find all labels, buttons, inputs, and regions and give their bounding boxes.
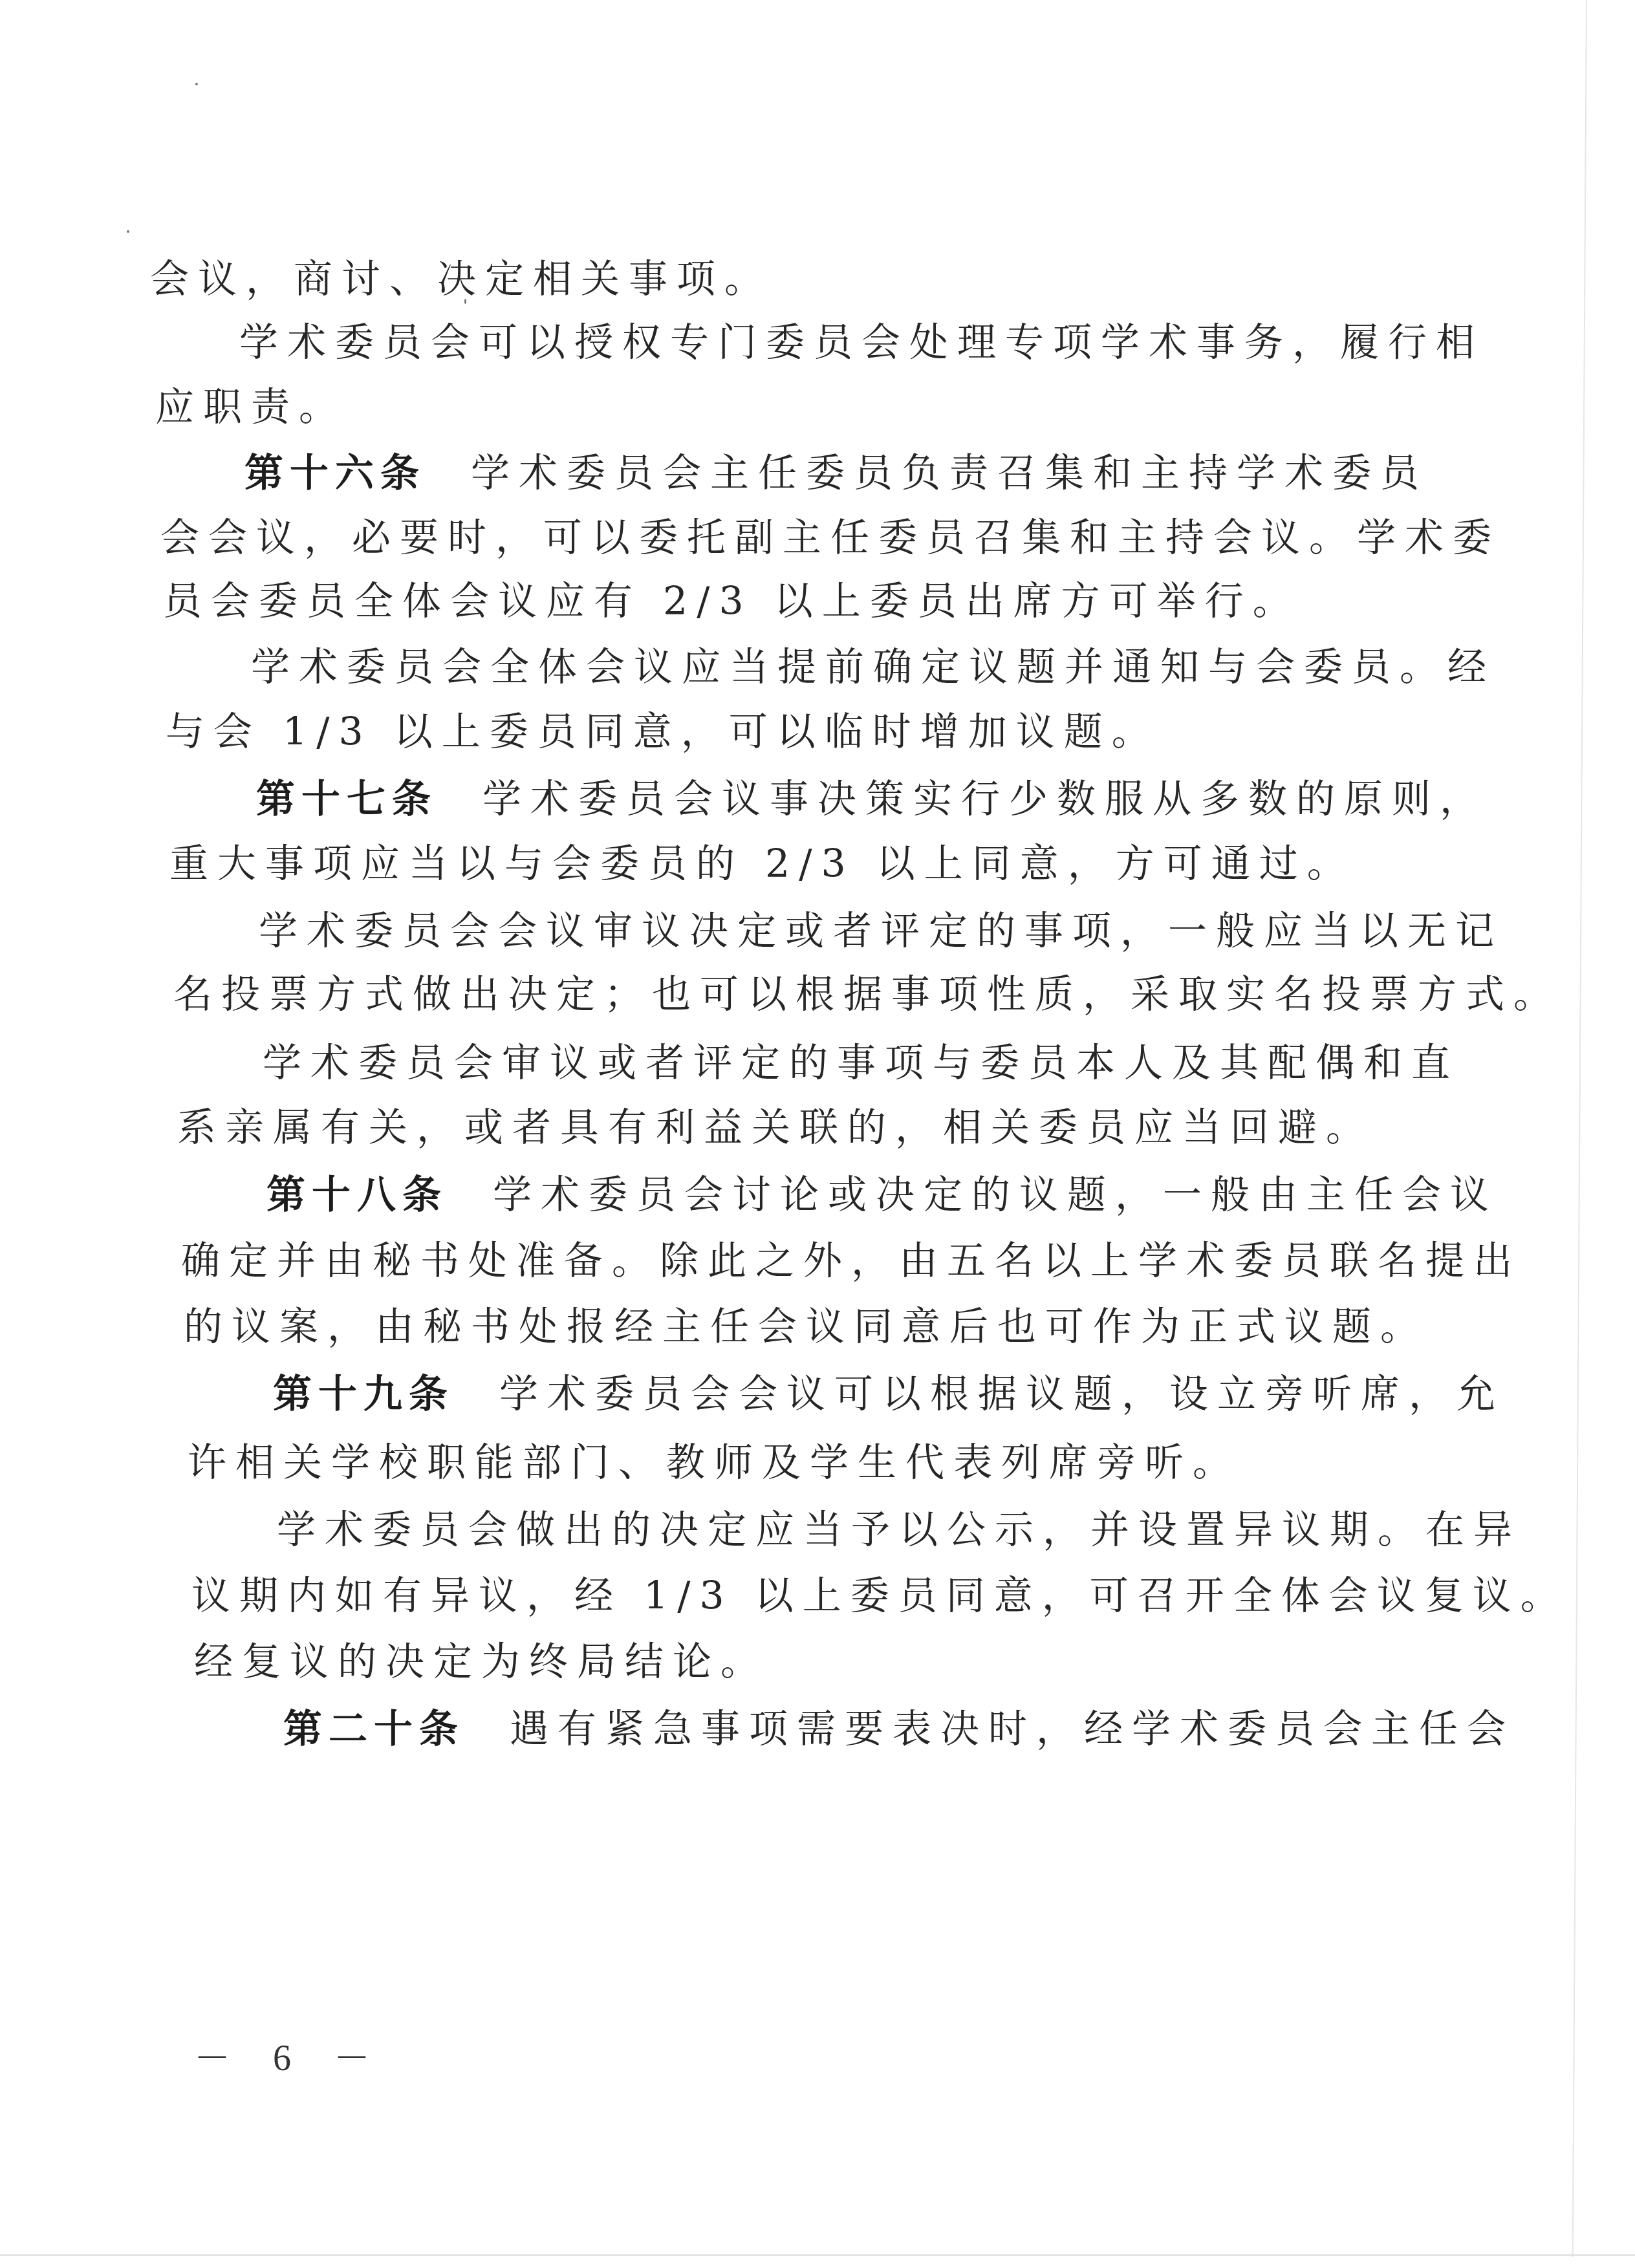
text-line: 许相关学校职能部门、教师及学生代表列席旁听。 (188, 1437, 1240, 1489)
text-line: 学术委员会会议审议决定或者评定的事项，一般应当以无记 (259, 905, 1503, 957)
text-line: 学术委员会做出的决定应当予以公示，并设置异议期。在异 (277, 1504, 1521, 1556)
text-line: 议期内如有异议，经 1/3 以上委员同意，可召开全体会议复议。 (191, 1570, 1568, 1622)
text-line: 学术委员会全体会议应当提前确定议题并通知与会委员。经 (251, 642, 1495, 693)
line-text: 重大事项应当以与会委员的 2/3 以上同意，方可通过。 (169, 841, 1355, 887)
line-text: 经复议的决定为终局结论。 (194, 1639, 768, 1685)
line-text: 名投票方式做出决定；也可以根据事项性质，采取实名投票方式。 (173, 972, 1561, 1017)
line-text: 许相关学校职能部门、教师及学生代表列席旁听。 (188, 1440, 1240, 1485)
line-text: 的议案，由秘书处报经主任会议同意后也可作为正式议题。 (184, 1304, 1428, 1350)
article-17-line: 第十七条学术委员会议事决策实行少数服从多数的原则， (256, 773, 1488, 825)
text-line: 的议案，由秘书处报经主任会议同意后也可作为正式议题。 (184, 1301, 1428, 1353)
line-text: 学术委员会审议或者评定的事项与委员本人及其配偶和直 (263, 1041, 1459, 1086)
article-heading: 第十九条 (273, 1372, 454, 1417)
line-text: 学术委员会议事决策实行少数服从多数的原则， (482, 777, 1488, 822)
text-line: 确定并由秘书处准备。除此之外，由五名以上学术委员联名提出 (181, 1235, 1521, 1287)
line-text: 系亲属有关，或者具有利益关联的，相关委员应当回避。 (177, 1105, 1374, 1150)
text-line: 会会议，必要时，可以委托副主任委员召集和主持会议。学术委 (160, 512, 1500, 564)
line-text: 与会 1/3 以上委员同意，可以临时增加议题。 (166, 709, 1160, 755)
text-line: 学术委员会可以授权专门委员会处理专项学术事务，履行相 (239, 317, 1484, 369)
text-line: 员会委员全体会议应有 2/3 以上委员出席方可举行。 (163, 576, 1301, 627)
line-text: 学术委员会会议审议决定或者评定的事项，一般应当以无记 (259, 909, 1503, 954)
line-text: 确定并由秘书处准备。除此之外，由五名以上学术委员联名提出 (181, 1238, 1521, 1284)
line-text: 应职责。 (155, 385, 347, 430)
line-text: 学术委员会做出的决定应当予以公示，并设置异议期。在异 (277, 1507, 1521, 1553)
line-text: 会议，商讨、决定相关事项。 (150, 257, 772, 302)
article-18-line: 第十八条学术委员会讨论或决定的议题，一般由主任会议 (266, 1169, 1498, 1221)
line-text: 遇有紧急事项需要表决时，经学术委员会主任会 (510, 1707, 1515, 1752)
line-text: 议期内如有异议，经 1/3 以上委员同意，可召开全体会议复议。 (191, 1573, 1568, 1619)
article-19-line: 第十九条学术委员会会议可以根据议题，设立旁听席，允 (273, 1368, 1504, 1420)
article-heading: 第十六条 (244, 451, 426, 496)
article-heading: 第十七条 (256, 777, 437, 822)
line-text: 会会议，必要时，可以委托副主任委员召集和主持会议。学术委 (160, 515, 1500, 561)
text-line: 经复议的决定为终局结论。 (194, 1636, 768, 1688)
line-text: 员会委员全体会议应有 2/3 以上委员出席方可举行。 (163, 579, 1301, 624)
text-line: 会议，商讨、决定相关事项。 (150, 254, 772, 305)
article-heading: 第十八条 (266, 1172, 448, 1218)
text-line: 系亲属有关，或者具有利益关联的，相关委员应当回避。 (177, 1102, 1374, 1154)
text-line: 应职责。 (155, 382, 347, 433)
document-page: 会议，商讨、决定相关事项。 学术委员会可以授权专门委员会处理专项学术事务，履行相… (0, 0, 1635, 2268)
line-text: 学术委员会讨论或决定的议题，一般由主任会议 (493, 1172, 1498, 1218)
text-line: 学术委员会审议或者评定的事项与委员本人及其配偶和直 (263, 1037, 1459, 1089)
line-text: 学术委员会可以授权专门委员会处理专项学术事务，履行相 (239, 320, 1484, 365)
article-heading: 第二十条 (283, 1707, 464, 1752)
line-text: 学术委员会会议可以根据议题，设立旁听席，允 (499, 1372, 1504, 1417)
line-text: 学术委员会全体会议应当提前确定议题并通知与会委员。经 (251, 645, 1495, 690)
line-text: 学术委员会主任委员负责召集和主持学术委员 (471, 451, 1428, 496)
article-16-line: 第十六条学术委员会主任委员负责召集和主持学术委员 (244, 448, 1428, 499)
article-20-line: 第二十条遇有紧急事项需要表决时，经学术委员会主任会 (283, 1703, 1515, 1755)
page-number: － 6 － (194, 2036, 387, 2081)
text-line: 与会 1/3 以上委员同意，可以临时增加议题。 (166, 706, 1160, 758)
text-line: 名投票方式做出决定；也可以根据事项性质，采取实名投票方式。 (173, 969, 1561, 1021)
text-line: 重大事项应当以与会委员的 2/3 以上同意，方可通过。 (169, 838, 1355, 890)
